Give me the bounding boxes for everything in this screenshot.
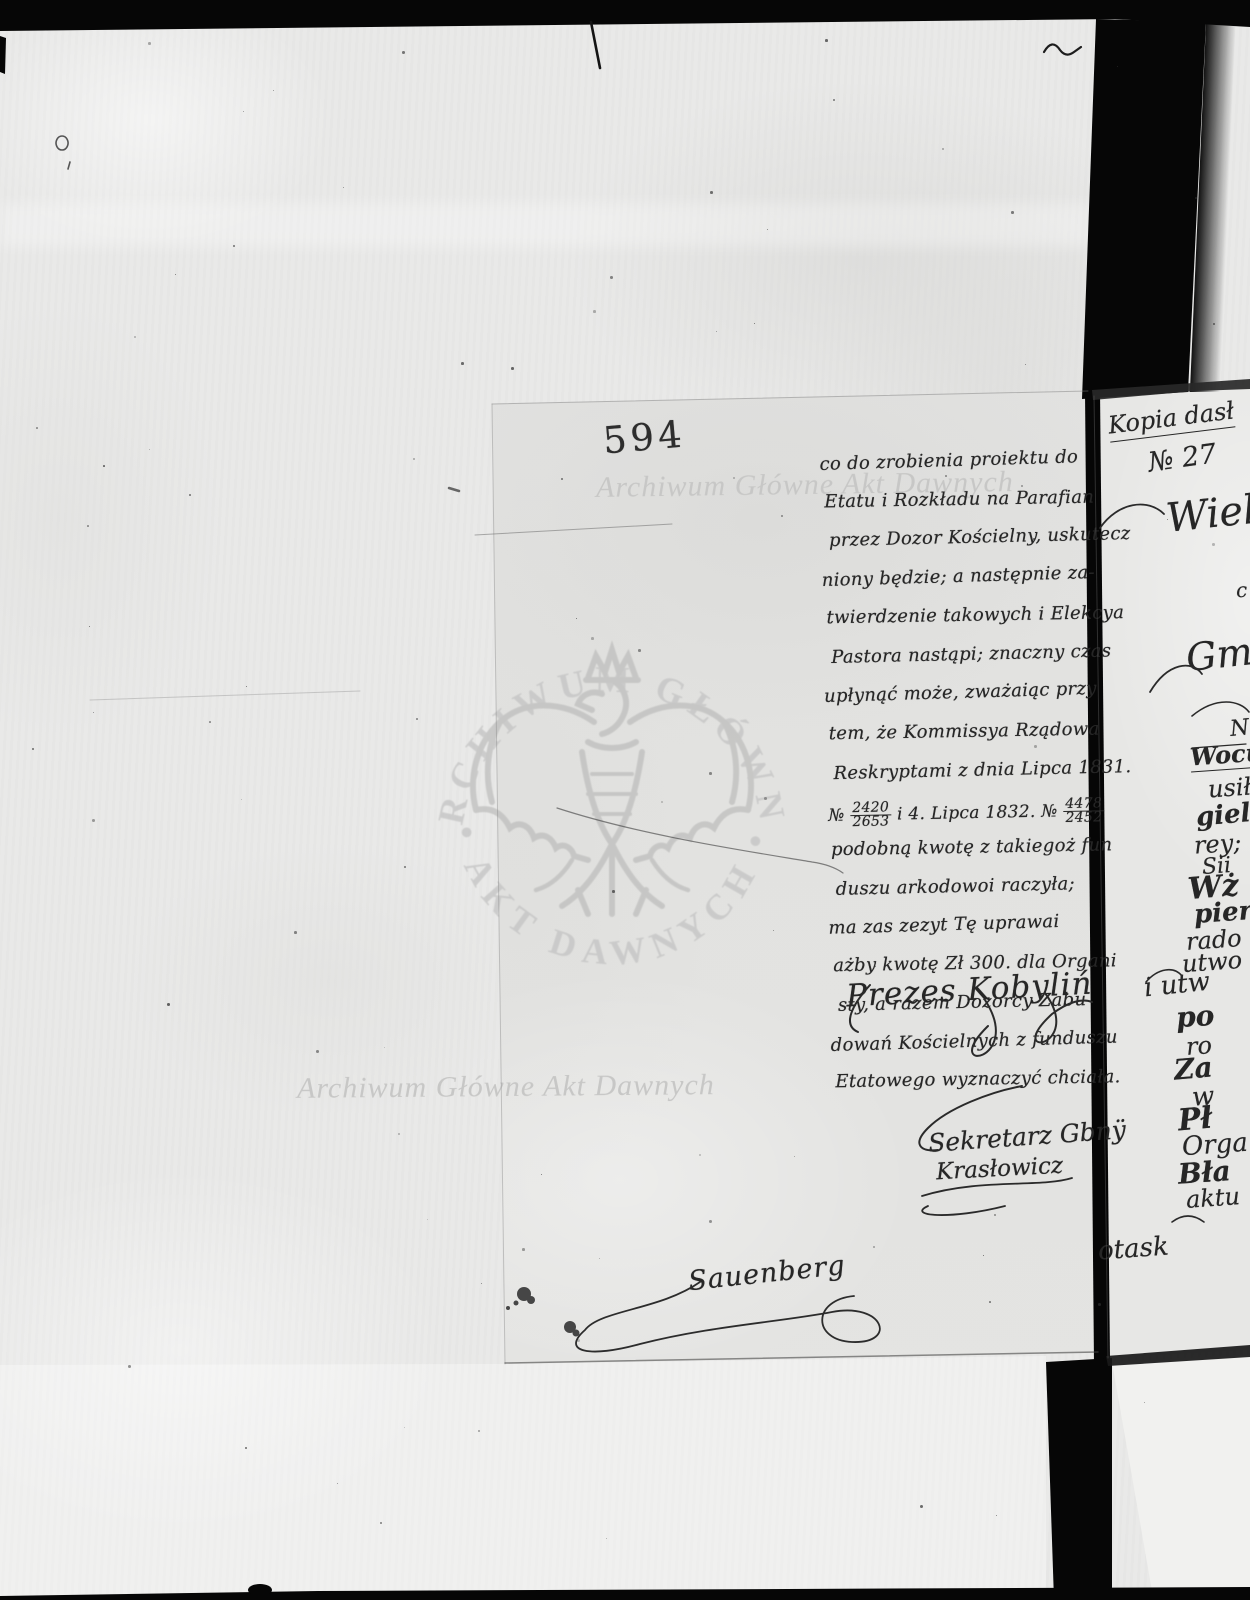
dust-speck [134,336,136,338]
dust-speck [294,931,297,934]
dust-speck [398,1133,400,1135]
main-page-top-edge-line [492,391,1088,404]
dust-speck [175,274,176,275]
dust-speck [610,276,613,279]
dust-speck [577,1339,580,1342]
top-tick-mark [591,22,600,68]
dust-speck [87,525,89,527]
dust-speck [710,191,713,194]
dust-speck [833,99,835,101]
dust-speck [638,649,641,652]
main-page-bottom-edge-line [505,1352,1098,1363]
backing-pencil-mark [56,136,70,169]
right-page-left-edge-line [1094,396,1108,1358]
president-signature-flourish [850,985,1092,1056]
dust-speck [716,331,717,332]
dust-speck [764,797,767,800]
dust-speck [591,637,594,640]
dust-speck [416,718,418,720]
dust-speck [561,478,563,480]
dust-speck [209,721,211,723]
dust-speck [128,1365,131,1368]
right-page-word-swash [1150,666,1202,692]
dust-speck [1011,211,1014,214]
dust-speck [511,367,514,370]
right-page-flourish-curve [1192,702,1249,716]
bottom-signature-flourish [576,1282,880,1352]
dust-speck [148,42,151,45]
dust-speck [606,1538,607,1539]
dust-speck [343,187,344,188]
dust-speck [404,866,406,868]
dust-speck [920,1505,923,1508]
dust-speck [983,1255,984,1256]
dust-speck [384,1047,385,1048]
dust-speck [461,362,464,365]
ink-blot-stains [506,1287,580,1337]
bottom-band-blob [248,1584,272,1596]
ink-flourish-overlay [0,0,1250,1600]
dust-speck [92,819,95,822]
dust-speck [103,465,105,467]
dust-speck [989,1301,991,1303]
dust-speck [189,494,191,496]
right-page-salutation-swash [1100,505,1164,528]
dust-speck [1212,543,1215,546]
dust-speck [316,1050,319,1053]
top-squiggle-mark [1044,44,1081,54]
dust-speck [1034,745,1037,748]
dust-speck [733,477,735,479]
dust-speck [947,889,949,891]
dust-speck [825,39,828,42]
secretary-strike-flourish [922,1178,1072,1215]
dust-speck [1033,538,1035,540]
dust-speck [794,1156,795,1157]
backing-crease-line [90,691,360,700]
scratch-line-upper [475,524,672,535]
dust-speck [709,1220,712,1223]
dust-speck [945,475,947,477]
dust-speck [167,1003,170,1006]
dust-speck [402,51,405,54]
secretary-swash [919,1086,1022,1150]
dust-speck [241,799,242,800]
right-page-swash-lower [1146,970,1182,982]
dust-speck [593,310,596,313]
dust-speck [709,772,712,775]
dust-speck [1098,1303,1101,1306]
dust-speck [522,1248,525,1251]
right-page-tilde-mark [1172,1216,1204,1222]
dust-speck [612,890,615,893]
margin-dash-mark [449,488,459,491]
dust-speck [36,427,38,429]
scratch-line-diagonal [557,808,843,873]
right-page-underline [1192,744,1246,748]
main-page-left-edge-line [492,404,505,1364]
archival-scan: ARCHIWUM GŁÓWNE • AKT DAWNYCH • Archiwum… [0,0,1250,1600]
